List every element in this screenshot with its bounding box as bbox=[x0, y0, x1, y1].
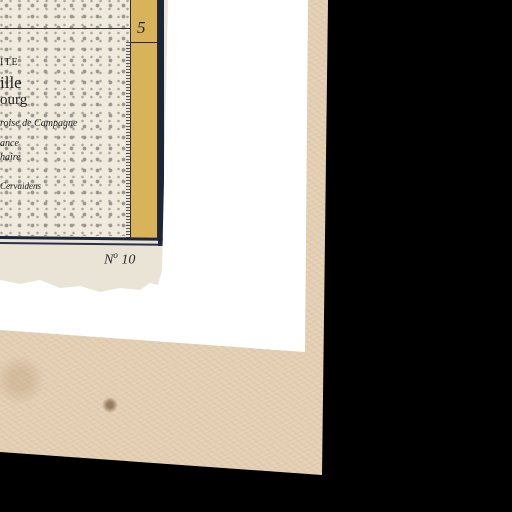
border-divider bbox=[130, 42, 158, 43]
place-label: roise de Campagne bbox=[0, 118, 77, 129]
navy-border bbox=[158, 0, 164, 246]
plate-number: No 10 bbox=[104, 250, 135, 269]
bottom-border-line bbox=[0, 236, 164, 241]
bottom-border-line bbox=[0, 242, 164, 246]
place-label: ille bbox=[0, 73, 22, 93]
place-label: ourg bbox=[0, 92, 27, 109]
place-label: ITE bbox=[0, 57, 19, 68]
place-label: ance bbox=[0, 138, 19, 149]
plate-prefix: N bbox=[104, 253, 113, 268]
plate-digits: 10 bbox=[121, 253, 135, 268]
place-label: haire bbox=[0, 152, 21, 163]
map-rule bbox=[0, 28, 130, 29]
place-label: Cervaidens bbox=[0, 181, 41, 191]
grid-number: 5 bbox=[137, 18, 146, 38]
plate-superscript: o bbox=[113, 250, 118, 260]
